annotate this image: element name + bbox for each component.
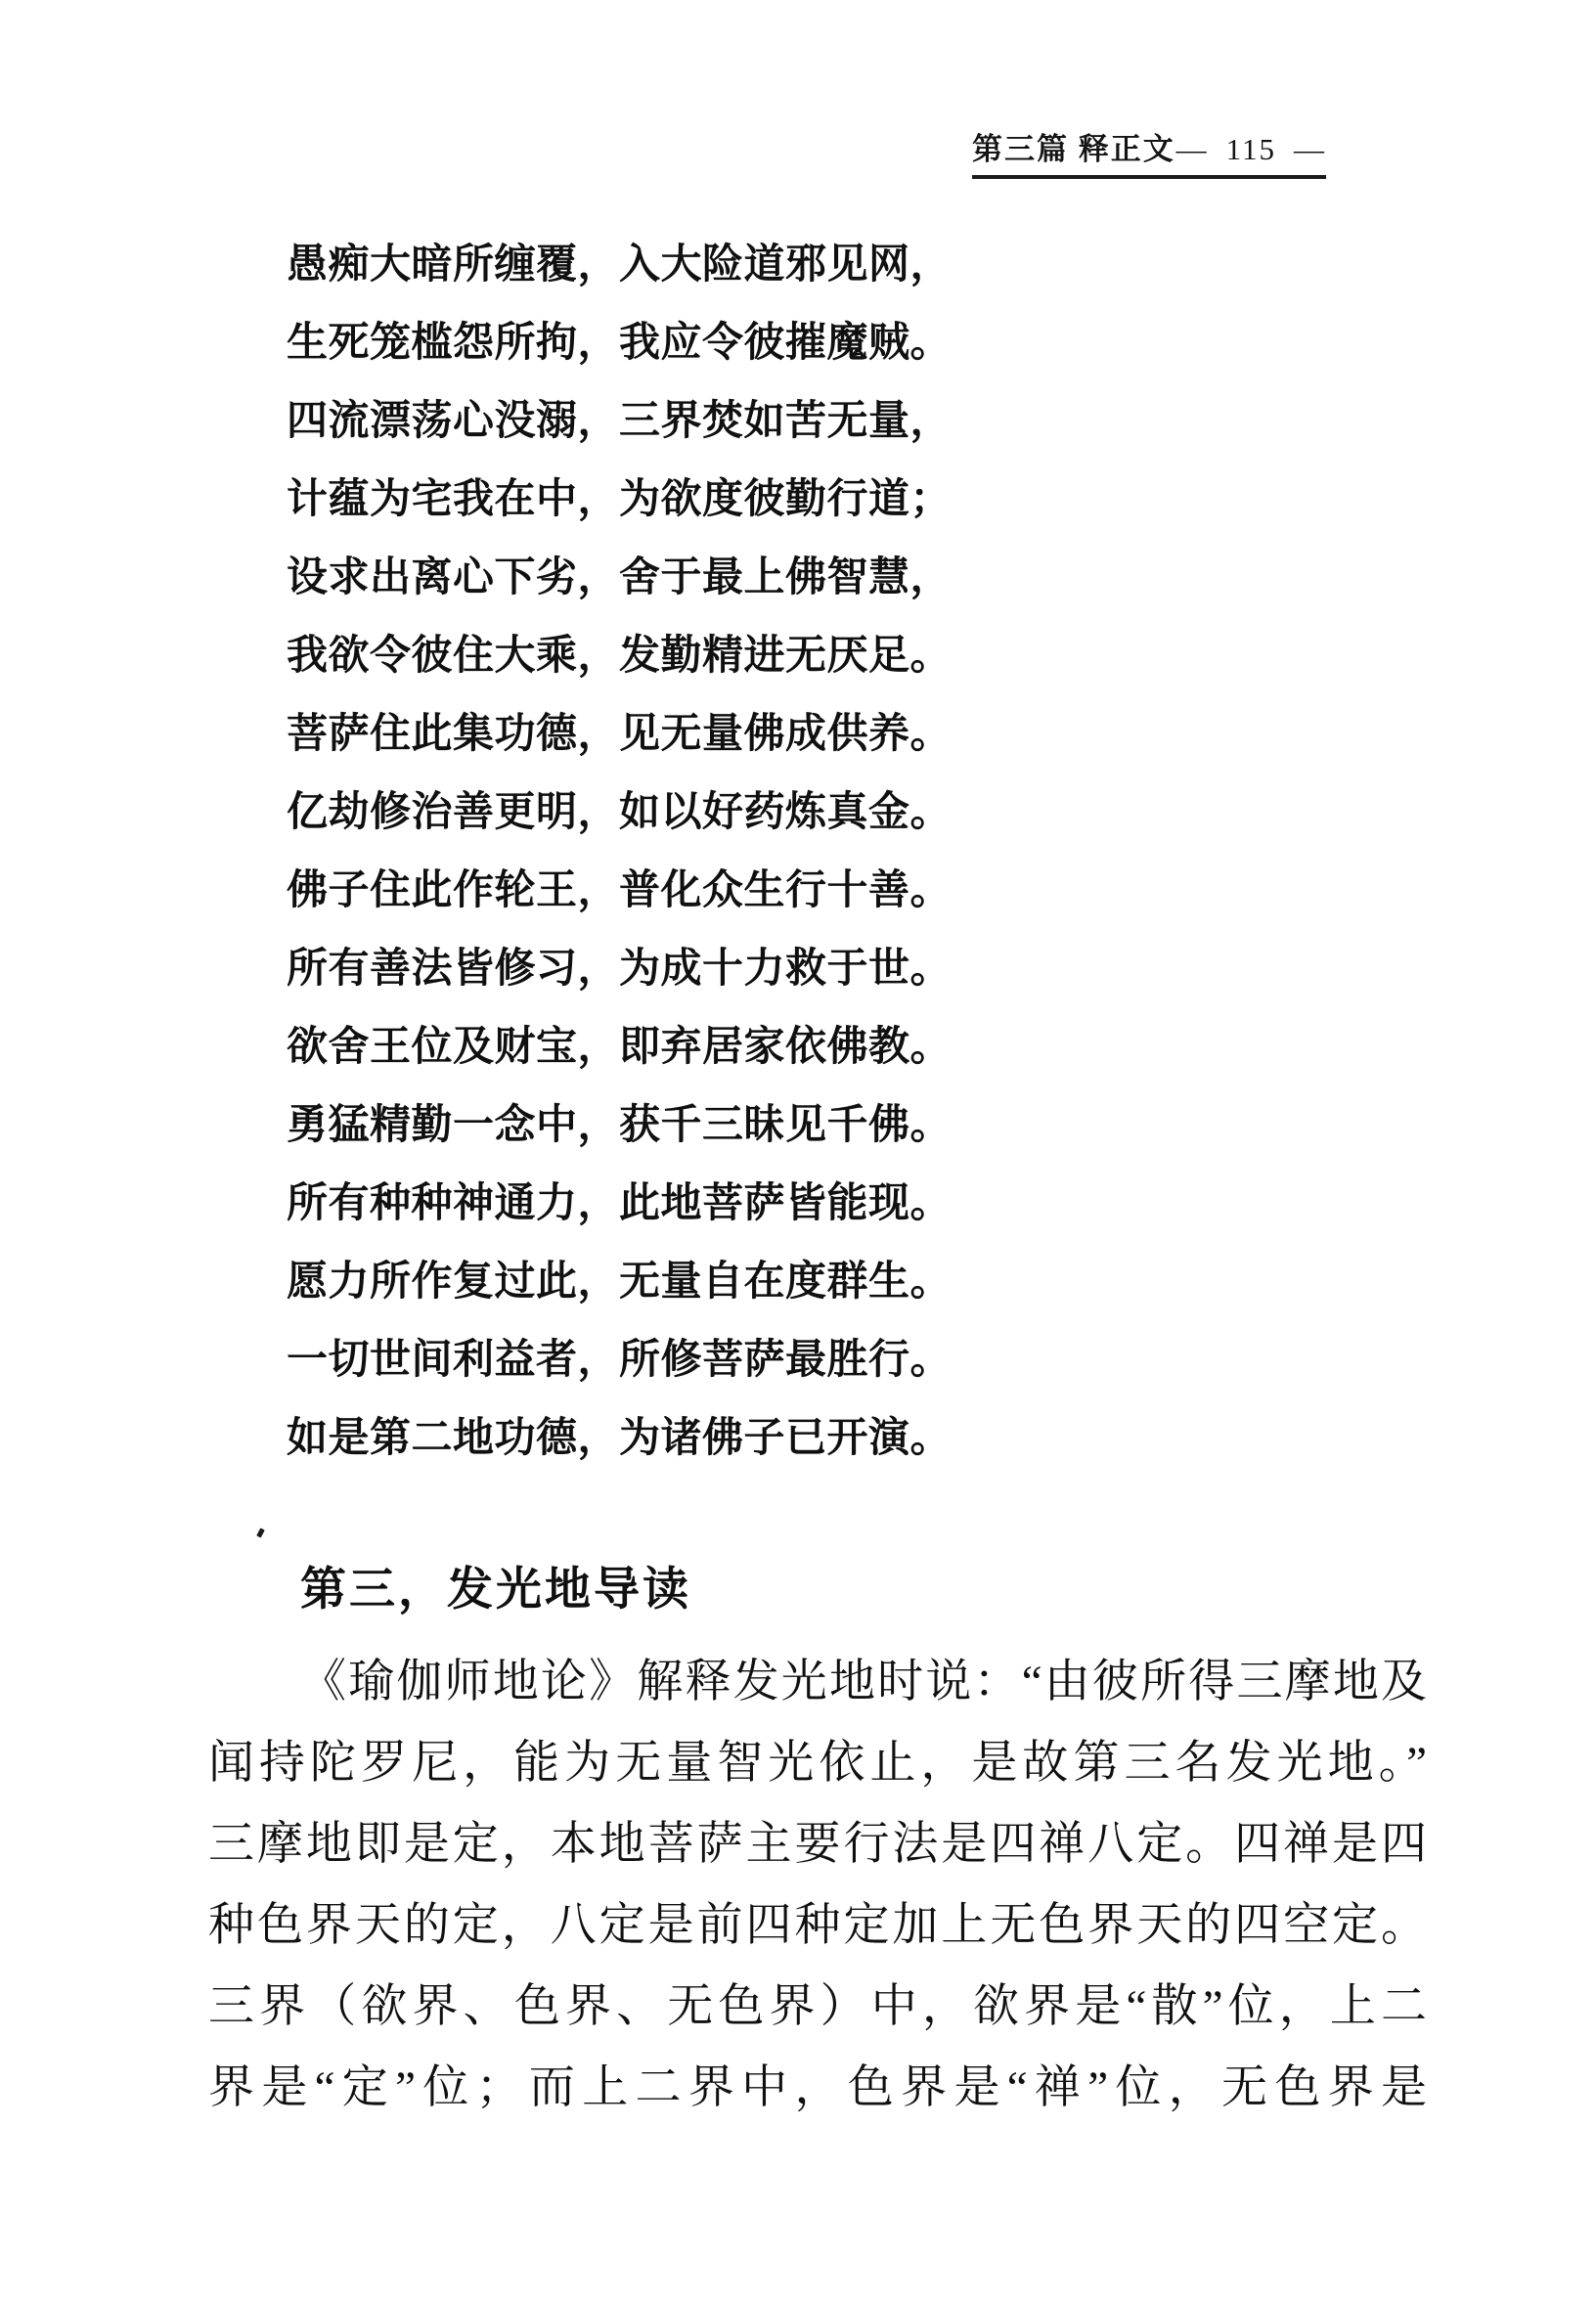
verse-line: 愚痴大暗所缠覆，入大险道邪见网， xyxy=(287,225,952,303)
verse-line: 如是第二地功德，为诸佛子已开演。 xyxy=(287,1398,952,1477)
body-line: 界是“定”位；而上二界中，色界是“禅”位，无色界是 xyxy=(208,2048,1427,2129)
verse-line: 亿劫修治善更明，如以好药炼真金。 xyxy=(287,773,952,851)
verse-line: 生死笼槛怨所拘，我应令彼摧魔贼。 xyxy=(287,303,952,381)
body-paragraph: 《瑜伽师地论》解释发光地时说：“由彼所得三摩地及 闻持陀罗尼，能为无量智光依止，… xyxy=(208,1642,1427,2129)
body-line: 种色界天的定，八定是前四种定加上无色界天的四空定。 xyxy=(208,1885,1427,1967)
verse-line: 愿力所作复过此，无量自在度群生。 xyxy=(287,1242,952,1320)
verse-line: 佛子住此作轮王，普化众生行十善。 xyxy=(287,851,952,929)
page-number: 115 xyxy=(1226,131,1276,168)
body-line: 闻持陀罗尼，能为无量智光依止，是故第三名发光地。” xyxy=(208,1723,1427,1804)
verse-line: 所有种种神通力，此地菩萨皆能现。 xyxy=(287,1164,952,1242)
verse-line: 我欲令彼住大乘，发勤精进无厌足。 xyxy=(287,616,952,694)
verse-line: 设求出离心下劣，舍于最上佛智慧， xyxy=(287,538,952,616)
verse-line: 计蕴为宅我在中，为欲度彼勤行道； xyxy=(287,460,952,538)
section-heading: 第三，发光地导读 xyxy=(300,1563,691,1617)
dash-left: — xyxy=(1176,131,1209,168)
running-head-section-title: 第三篇 释正文 xyxy=(972,131,1175,168)
verse-line: 一切世间利益者，所修菩萨最胜行。 xyxy=(287,1320,952,1398)
running-head: 第三篇 释正文 — 115 — xyxy=(972,131,1326,179)
verse-line: 菩萨住此集功德，见无量佛成供养。 xyxy=(287,694,952,773)
book-page: 第三篇 释正文 — 115 — 愚痴大暗所缠覆，入大险道邪见网， 生死笼槛怨所拘… xyxy=(0,0,1596,2303)
body-line: 三界（欲界、色界、无色界）中，欲界是“散”位，上二 xyxy=(208,1967,1427,2048)
verse-line: 勇猛精勤一念中，获千三昧见千佛。 xyxy=(287,1085,952,1164)
body-line: 三摩地即是定，本地菩萨主要行法是四禅八定。四禅是四 xyxy=(208,1804,1427,1885)
verse-line: 所有善法皆修习，为成十力救于世。 xyxy=(287,929,952,1007)
dash-right: — xyxy=(1294,131,1326,168)
verse-block: 愚痴大暗所缠覆，入大险道邪见网， 生死笼槛怨所拘，我应令彼摧魔贼。 四流漂荡心没… xyxy=(287,225,952,1477)
scan-speck xyxy=(256,1528,265,1537)
running-head-page-number-group: — 115 — xyxy=(1176,131,1326,168)
verse-line: 四流漂荡心没溺，三界焚如苦无量， xyxy=(287,381,952,460)
body-line: 《瑜伽师地论》解释发光地时说：“由彼所得三摩地及 xyxy=(208,1642,1427,1723)
verse-line: 欲舍王位及财宝，即弃居家依佛教。 xyxy=(287,1007,952,1085)
